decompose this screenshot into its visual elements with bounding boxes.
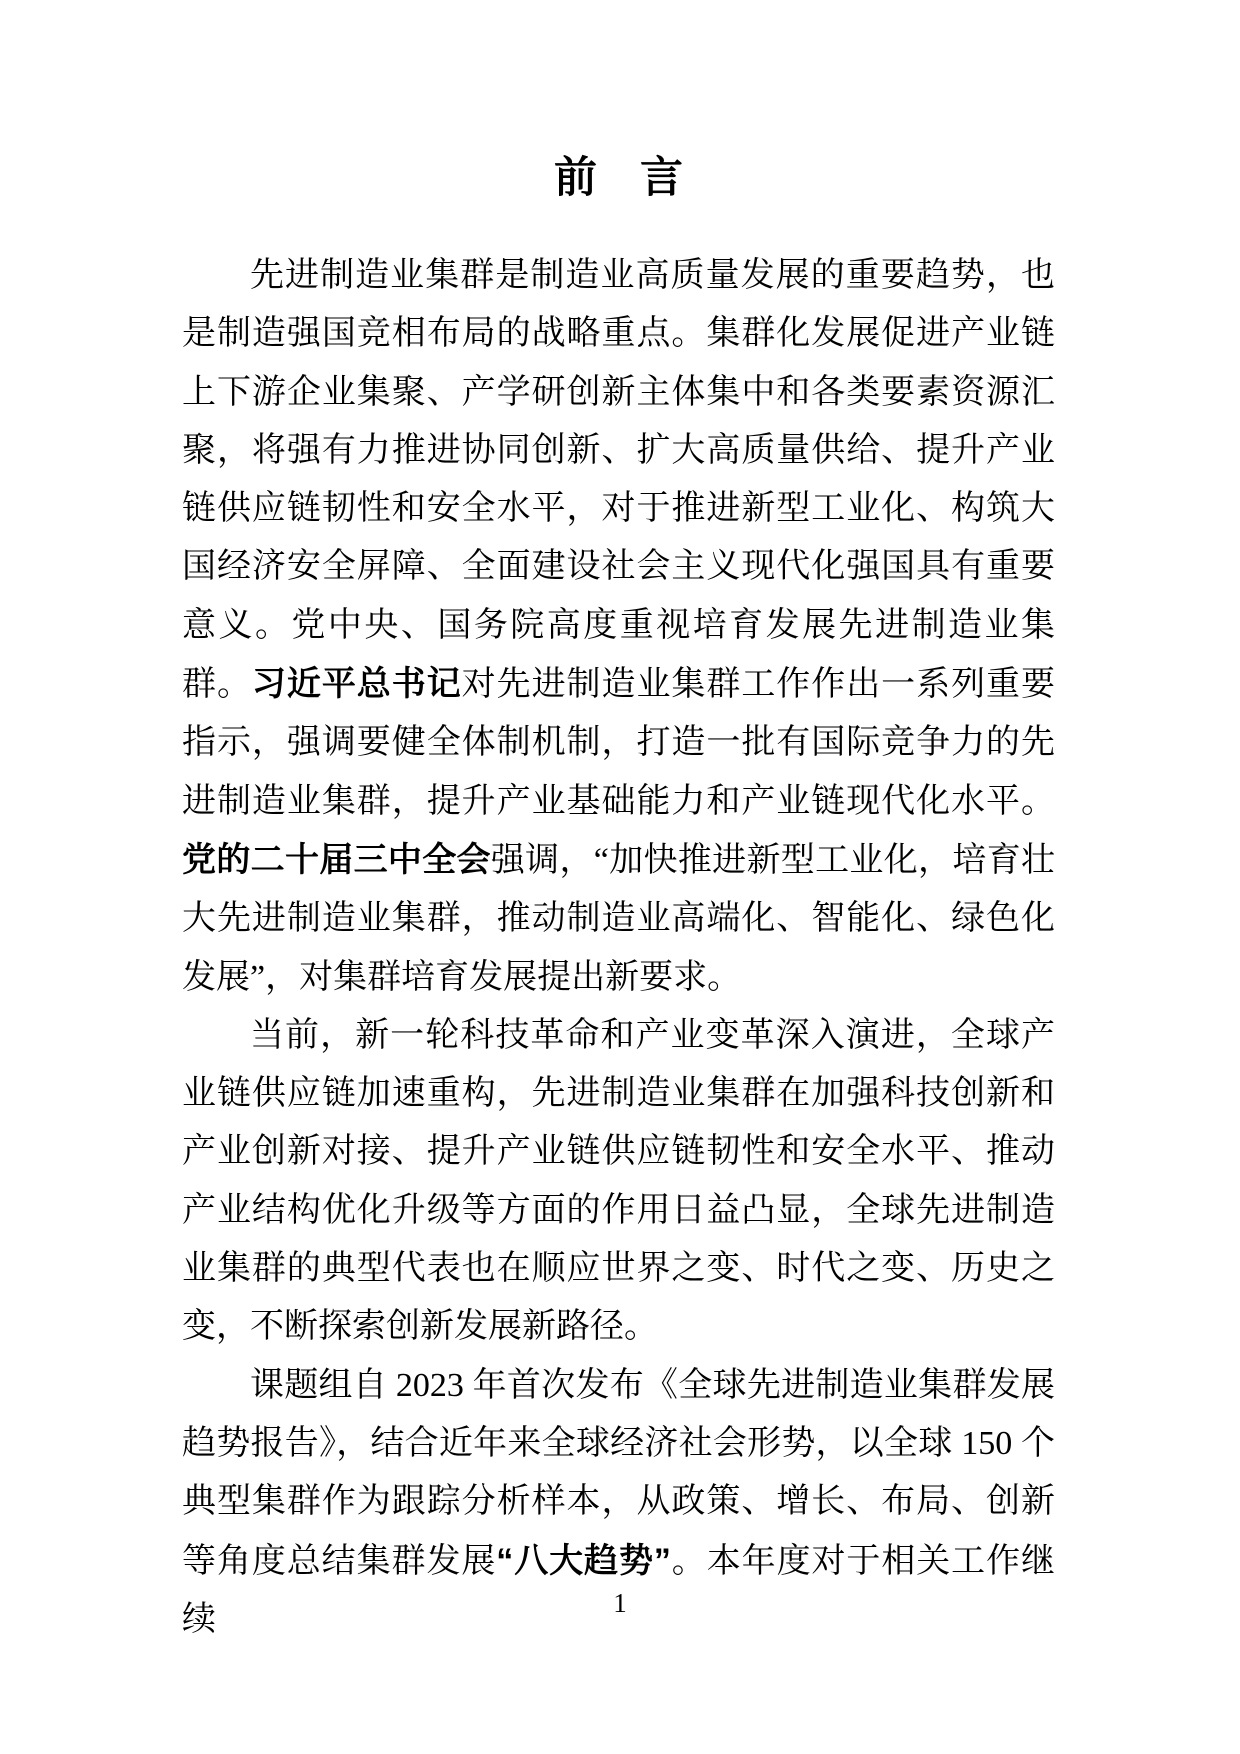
emphasis-text-run: “八大趋势” [496,1542,671,1580]
text-run: 当前，新一轮科技革命和产业变革深入演进，全球产业链供应链加速重构，先进制造业集群… [182,1017,1055,1345]
paragraph: 先进制造业集群是制造业高质量发展的重要趋势，也是制造强国竞相布局的战略重点。集群… [182,247,1055,1007]
page-title: 前 言 [182,150,1055,206]
document-body: 先进制造业集群是制造业高质量发展的重要趋势，也是制造强国竞相布局的战略重点。集群… [182,247,1055,1649]
emphasis-text-run: 习近平总书记 [252,665,462,703]
text-run: 先进制造业集群是制造业高质量发展的重要趋势，也是制造强国竞相布局的战略重点。集群… [182,257,1055,703]
page-number: 1 [0,1588,1240,1619]
document-page: 前 言 先进制造业集群是制造业高质量发展的重要趋势，也是制造强国竞相布局的战略重… [0,0,1240,1754]
paragraph: 当前，新一轮科技革命和产业变革深入演进，全球产业链供应链加速重构，先进制造业集群… [182,1007,1055,1357]
emphasis-text-run: 党的二十届三中全会 [182,841,491,879]
